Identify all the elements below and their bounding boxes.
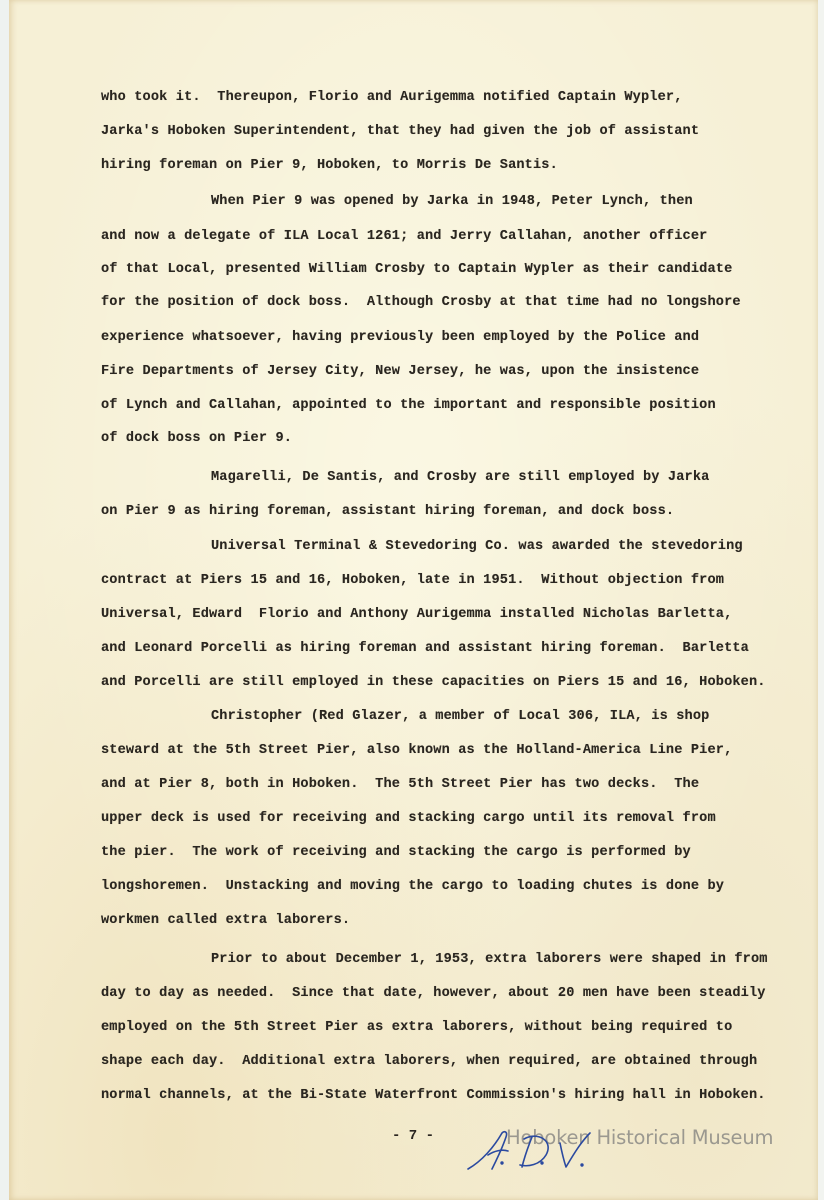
text-line: of dock boss on Pier 9. — [101, 429, 292, 449]
text-line: upper deck is used for receiving and sta… — [101, 809, 716, 829]
text-line: Jarka's Hoboken Superintendent, that the… — [101, 122, 699, 142]
text-line: who took it. Thereupon, Florio and Aurig… — [101, 88, 683, 108]
text-line: of that Local, presented William Crosby … — [101, 260, 732, 280]
text-line: shape each day. Additional extra laborer… — [101, 1052, 757, 1072]
text-line: and now a delegate of ILA Local 1261; an… — [101, 227, 707, 247]
text-line: and Leonard Porcelli as hiring foreman a… — [101, 639, 749, 659]
text-line: Christopher (Red Glazer, a member of Loc… — [211, 707, 709, 727]
text-line: employed on the 5th Street Pier as extra… — [101, 1018, 732, 1038]
text-line: longshoremen. Unstacking and moving the … — [101, 877, 724, 897]
text-line: for the position of dock boss. Although … — [101, 293, 741, 313]
text-line: When Pier 9 was opened by Jarka in 1948,… — [211, 192, 693, 212]
text-line: hiring foreman on Pier 9, Hoboken, to Mo… — [101, 156, 558, 176]
text-line: and at Pier 8, both in Hoboken. The 5th … — [101, 775, 699, 795]
handwritten-initials-signature — [462, 1125, 602, 1175]
text-line: Prior to about December 1, 1953, extra l… — [211, 950, 768, 970]
text-line: workmen called extra laborers. — [101, 911, 350, 931]
text-line: the pier. The work of receiving and stac… — [101, 843, 691, 863]
text-line: day to day as needed. Since that date, h… — [101, 984, 766, 1004]
text-line: Magarelli, De Santis, and Crosby are sti… — [211, 468, 709, 488]
text-line: contract at Piers 15 and 16, Hoboken, la… — [101, 571, 724, 591]
text-line: experience whatsoever, having previously… — [101, 328, 699, 348]
scan-margin-left — [0, 0, 9, 1200]
text-line: and Porcelli are still employed in these… — [101, 673, 766, 693]
text-line: Fire Departments of Jersey City, New Jer… — [101, 362, 699, 382]
text-line: of Lynch and Callahan, appointed to the … — [101, 396, 716, 416]
text-line: steward at the 5th Street Pier, also kno… — [101, 741, 732, 761]
scan-margin-right — [818, 0, 824, 1200]
page-number: - 7 - — [392, 1128, 434, 1144]
text-line: Universal, Edward Florio and Anthony Aur… — [101, 605, 732, 625]
text-line: on Pier 9 as hiring foreman, assistant h… — [101, 502, 674, 522]
text-line: normal channels, at the Bi-State Waterfr… — [101, 1086, 766, 1106]
text-line: Universal Terminal & Stevedoring Co. was… — [211, 537, 743, 557]
